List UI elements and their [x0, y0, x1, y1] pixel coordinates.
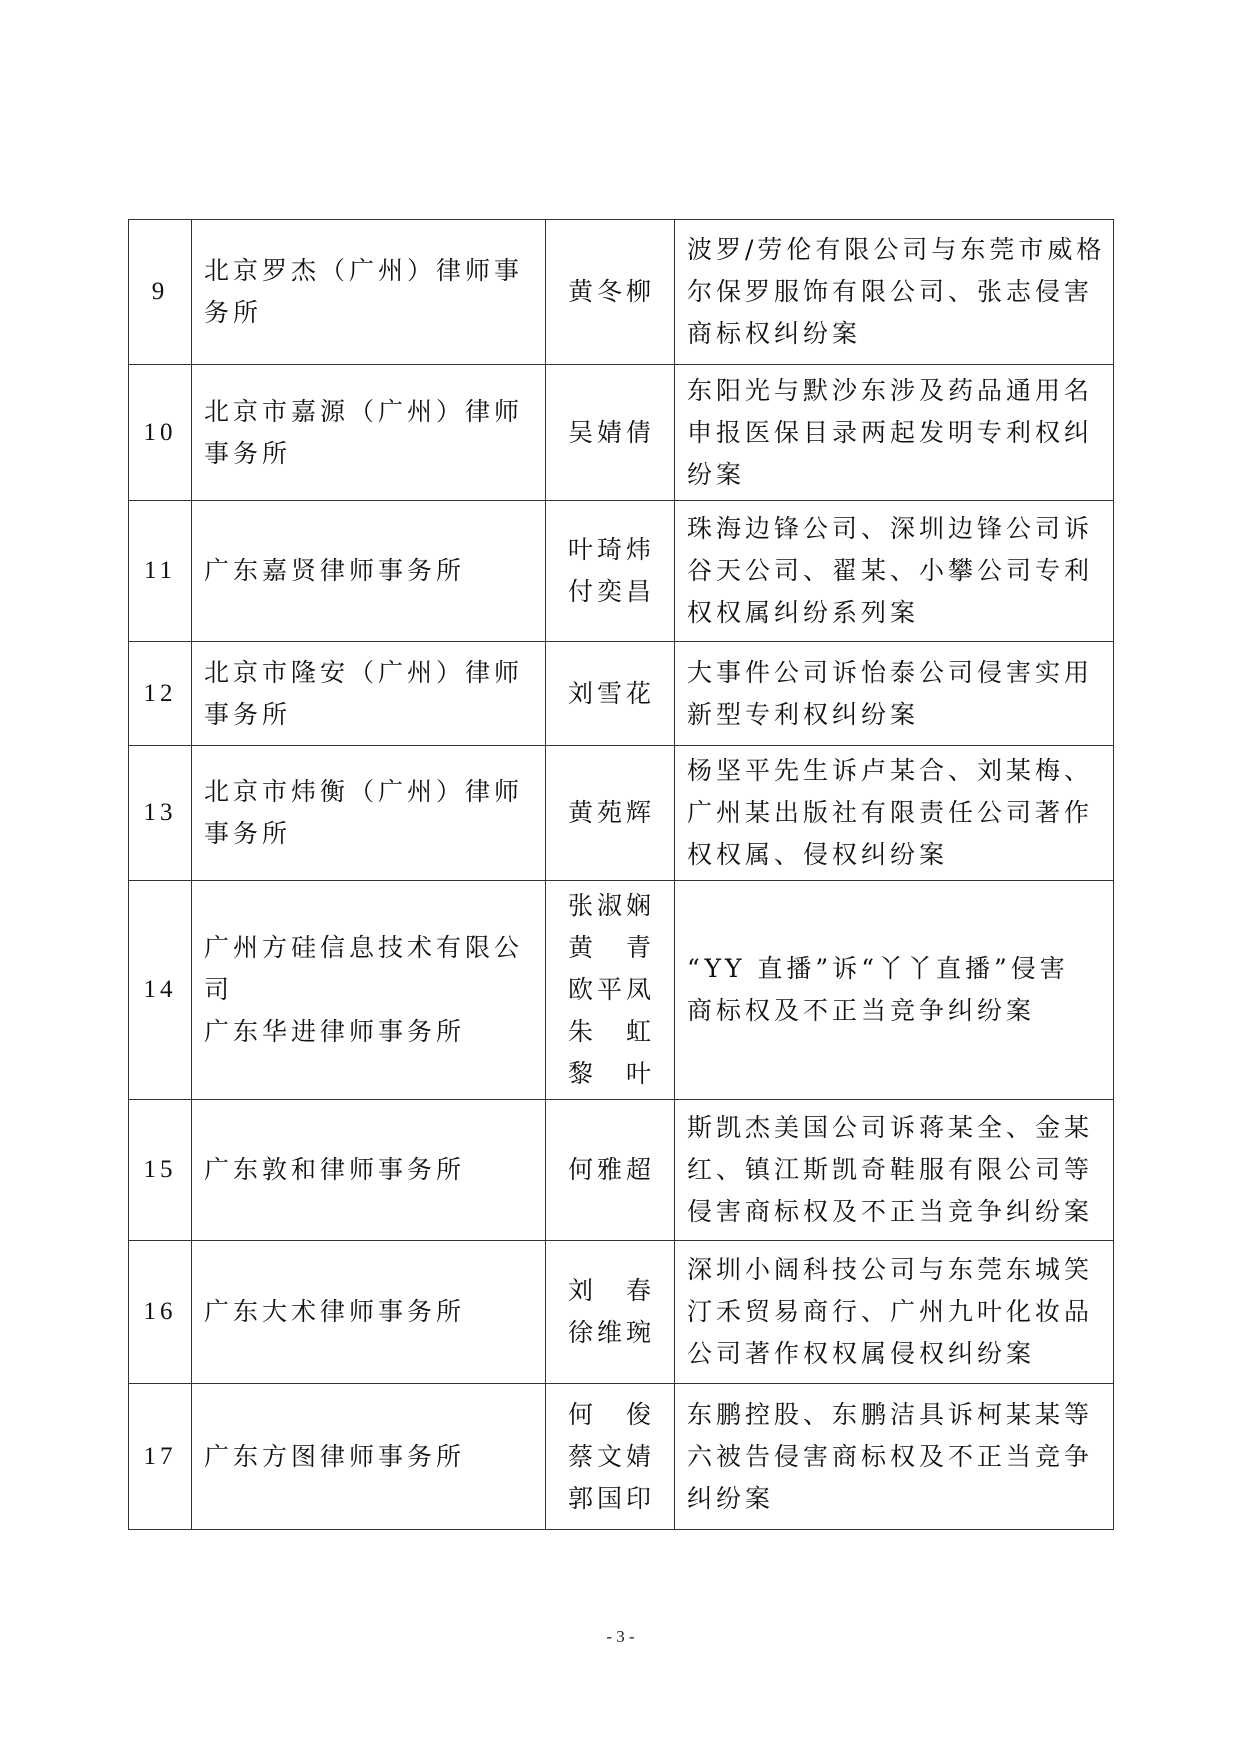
- row-index-cell: 13: [129, 746, 192, 881]
- table-row: 15 广东敦和律师事务所 何雅超 斯凯杰美国公司诉蒋某全、金某红、镇江斯凯奇鞋服…: [129, 1100, 1114, 1241]
- organization-line: 广州方硅信息技术有限公: [204, 927, 535, 969]
- lawyer-name: 张淑娴: [568, 885, 652, 927]
- table-row: 10 北京市嘉源（广州）律师事务所 吴婧倩 东阳光与默沙东涉及药品通用名申报医保…: [129, 365, 1114, 501]
- lawyer-name: 蔡文婧: [568, 1436, 652, 1478]
- organization-line: 广东方图律师事务所: [204, 1436, 535, 1478]
- lawyers-cell: 黄苑辉: [546, 746, 675, 881]
- case-line: 公司著作权权属侵权纠纷案: [687, 1333, 1103, 1375]
- case-line: 商标权及不正当竞争纠纷案: [687, 990, 1103, 1032]
- lawyer-name: 欧平凤: [568, 969, 652, 1011]
- lawyer-name: 黄冬柳: [568, 271, 652, 313]
- organization-line: 广东嘉贤律师事务所: [204, 550, 535, 592]
- awards-table-body: 9 北京罗杰（广州）律师事务所 黄冬柳 波罗/劳伦有限公司与东莞市威格尔保罗服饰…: [129, 220, 1114, 1530]
- case-cell: 大事件公司诉怡泰公司侵害实用新型专利权纠纷案: [675, 642, 1114, 746]
- organization-cell: 广东大术律师事务所: [192, 1241, 546, 1384]
- lawyer-name: 徐维琬: [568, 1312, 652, 1354]
- case-cell: 深圳小阔科技公司与东莞东城笑汀禾贸易商行、广州九叶化妆品公司著作权权属侵权纠纷案: [675, 1241, 1114, 1384]
- organization-line: 务所: [204, 292, 535, 334]
- case-line: 广州某出版社有限责任公司著作: [687, 792, 1103, 834]
- case-line: 纷案: [687, 454, 1103, 496]
- case-line: 六被告侵害商标权及不正当竞争: [687, 1436, 1103, 1478]
- organization-line: 事务所: [204, 694, 535, 736]
- case-line: 纠纷案: [687, 1478, 1103, 1520]
- row-index-cell: 10: [129, 365, 192, 501]
- lawyer-name: 刘雪花: [568, 673, 652, 715]
- case-line: 斯凯杰美国公司诉蒋某全、金某: [687, 1107, 1103, 1149]
- case-line: “YY 直播”诉“丫丫直播”侵害: [687, 948, 1103, 990]
- organization-line: 事务所: [204, 433, 535, 475]
- table-row: 12 北京市隆安（广州）律师事务所 刘雪花 大事件公司诉怡泰公司侵害实用新型专利…: [129, 642, 1114, 746]
- organization-line: 司: [204, 969, 535, 1011]
- case-cell: 波罗/劳伦有限公司与东莞市威格尔保罗服饰有限公司、张志侵害商标权纠纷案: [675, 220, 1114, 365]
- case-line: 申报医保目录两起发明专利权纠: [687, 412, 1103, 454]
- organization-line: 广东大术律师事务所: [204, 1291, 535, 1333]
- table-row: 11 广东嘉贤律师事务所 叶琦炜付奕昌 珠海边锋公司、深圳边锋公司诉谷天公司、翟…: [129, 501, 1114, 642]
- case-line: 尔保罗服饰有限公司、张志侵害: [687, 271, 1103, 313]
- case-line: 谷天公司、翟某、小攀公司专利: [687, 550, 1103, 592]
- awards-table: 9 北京罗杰（广州）律师事务所 黄冬柳 波罗/劳伦有限公司与东莞市威格尔保罗服饰…: [128, 219, 1114, 1530]
- table-row: 17 广东方图律师事务所 何 俊蔡文婧郭国印 东鹏控股、东鹏洁具诉柯某某等六被告…: [129, 1384, 1114, 1530]
- case-line: 波罗/劳伦有限公司与东莞市威格: [687, 229, 1103, 271]
- row-index-cell: 9: [129, 220, 192, 365]
- case-line: 红、镇江斯凯奇鞋服有限公司等: [687, 1149, 1103, 1191]
- lawyer-name: 郭国印: [568, 1478, 652, 1520]
- lawyer-name: 刘 春: [568, 1270, 652, 1312]
- organization-cell: 北京罗杰（广州）律师事务所: [192, 220, 546, 365]
- row-index-cell: 11: [129, 501, 192, 642]
- table-row: 14 广州方硅信息技术有限公司广东华进律师事务所 张淑娴黄 青欧平凤朱 虹黎 叶…: [129, 881, 1114, 1100]
- organization-line: 广东敦和律师事务所: [204, 1149, 535, 1191]
- case-line: 杨坚平先生诉卢某合、刘某梅、: [687, 750, 1103, 792]
- organization-line: 北京市炜衡（广州）律师: [204, 771, 535, 813]
- lawyer-name: 何 俊: [568, 1394, 652, 1436]
- case-cell: “YY 直播”诉“丫丫直播”侵害商标权及不正当竞争纠纷案: [675, 881, 1114, 1100]
- lawyers-cell: 刘 春徐维琬: [546, 1241, 675, 1384]
- organization-line: 北京罗杰（广州）律师事: [204, 250, 535, 292]
- table-row: 9 北京罗杰（广州）律师事务所 黄冬柳 波罗/劳伦有限公司与东莞市威格尔保罗服饰…: [129, 220, 1114, 365]
- lawyers-cell: 何 俊蔡文婧郭国印: [546, 1384, 675, 1530]
- organization-cell: 广东嘉贤律师事务所: [192, 501, 546, 642]
- case-line: 侵害商标权及不正当竞争纠纷案: [687, 1191, 1103, 1233]
- organization-cell: 北京市嘉源（广州）律师事务所: [192, 365, 546, 501]
- case-line: 权权属纠纷系列案: [687, 592, 1103, 634]
- row-index-cell: 16: [129, 1241, 192, 1384]
- lawyer-name: 黎 叶: [568, 1053, 652, 1095]
- organization-line: 广东华进律师事务所: [204, 1011, 535, 1053]
- lawyer-name: 朱 虹: [568, 1011, 652, 1053]
- table-row: 13 北京市炜衡（广州）律师事务所 黄苑辉 杨坚平先生诉卢某合、刘某梅、广州某出…: [129, 746, 1114, 881]
- lawyers-cell: 黄冬柳: [546, 220, 675, 365]
- case-line: 权权属、侵权纠纷案: [687, 834, 1103, 876]
- case-line: 深圳小阔科技公司与东莞东城笑: [687, 1249, 1103, 1291]
- row-index-cell: 17: [129, 1384, 192, 1530]
- case-cell: 东鹏控股、东鹏洁具诉柯某某等六被告侵害商标权及不正当竞争纠纷案: [675, 1384, 1114, 1530]
- organization-cell: 广州方硅信息技术有限公司广东华进律师事务所: [192, 881, 546, 1100]
- lawyers-cell: 何雅超: [546, 1100, 675, 1241]
- case-line: 东鹏控股、东鹏洁具诉柯某某等: [687, 1394, 1103, 1436]
- case-line: 汀禾贸易商行、广州九叶化妆品: [687, 1291, 1103, 1333]
- page-number: - 3 -: [0, 1627, 1241, 1647]
- lawyer-name: 何雅超: [568, 1149, 652, 1191]
- lawyers-cell: 叶琦炜付奕昌: [546, 501, 675, 642]
- lawyer-name: 付奕昌: [568, 571, 652, 613]
- organization-cell: 北京市隆安（广州）律师事务所: [192, 642, 546, 746]
- lawyer-name: 黄苑辉: [568, 792, 652, 834]
- lawyer-name: 吴婧倩: [568, 412, 652, 454]
- case-line: 珠海边锋公司、深圳边锋公司诉: [687, 508, 1103, 550]
- document-page: 9 北京罗杰（广州）律师事务所 黄冬柳 波罗/劳伦有限公司与东莞市威格尔保罗服饰…: [0, 0, 1241, 1754]
- organization-line: 北京市嘉源（广州）律师: [204, 391, 535, 433]
- lawyer-name: 叶琦炜: [568, 529, 652, 571]
- case-line: 新型专利权纠纷案: [687, 694, 1103, 736]
- lawyers-cell: 吴婧倩: [546, 365, 675, 501]
- row-index-cell: 14: [129, 881, 192, 1100]
- case-line: 东阳光与默沙东涉及药品通用名: [687, 370, 1103, 412]
- case-cell: 珠海边锋公司、深圳边锋公司诉谷天公司、翟某、小攀公司专利权权属纠纷系列案: [675, 501, 1114, 642]
- case-cell: 斯凯杰美国公司诉蒋某全、金某红、镇江斯凯奇鞋服有限公司等侵害商标权及不正当竞争纠…: [675, 1100, 1114, 1241]
- organization-cell: 北京市炜衡（广州）律师事务所: [192, 746, 546, 881]
- case-line: 大事件公司诉怡泰公司侵害实用: [687, 652, 1103, 694]
- organization-line: 北京市隆安（广州）律师: [204, 652, 535, 694]
- lawyers-cell: 刘雪花: [546, 642, 675, 746]
- lawyer-name: 黄 青: [568, 927, 652, 969]
- organization-cell: 广东方图律师事务所: [192, 1384, 546, 1530]
- lawyers-cell: 张淑娴黄 青欧平凤朱 虹黎 叶: [546, 881, 675, 1100]
- organization-cell: 广东敦和律师事务所: [192, 1100, 546, 1241]
- table-row: 16 广东大术律师事务所 刘 春徐维琬 深圳小阔科技公司与东莞东城笑汀禾贸易商行…: [129, 1241, 1114, 1384]
- row-index-cell: 15: [129, 1100, 192, 1241]
- case-cell: 东阳光与默沙东涉及药品通用名申报医保目录两起发明专利权纠纷案: [675, 365, 1114, 501]
- organization-line: 事务所: [204, 813, 535, 855]
- case-cell: 杨坚平先生诉卢某合、刘某梅、广州某出版社有限责任公司著作权权属、侵权纠纷案: [675, 746, 1114, 881]
- case-line: 商标权纠纷案: [687, 313, 1103, 355]
- row-index-cell: 12: [129, 642, 192, 746]
